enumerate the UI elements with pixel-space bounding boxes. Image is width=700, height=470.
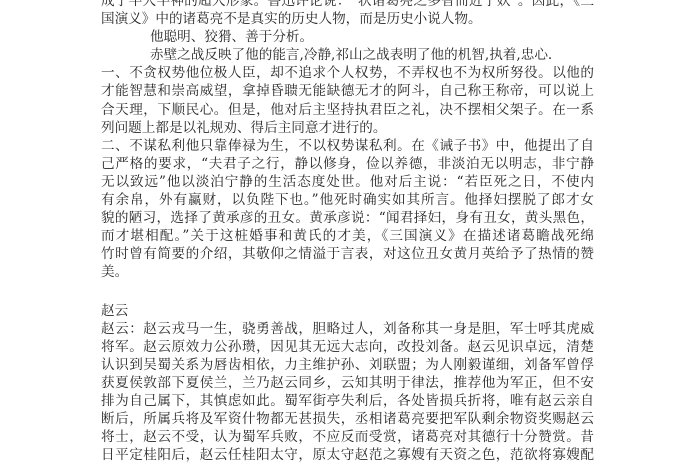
document-page: 成了半人半神的超人形象。鲁迅评论说：“状诸葛亮之多智而近于妖”。因此，《三 国演… — [101, 0, 594, 464]
text-line: 断后，所属兵将及军资什物都无甚损失，丞相诸葛亮要把军队剩余物资奖赐赵云 — [101, 410, 594, 428]
text-line: 排为自己属下，其慎虑如此。蜀军街亭失利后，各处皆损兵折将，唯有赵云亲自 — [101, 392, 594, 410]
text-line: 貌的陋习，选择了黄承彦的丑女。黄承彦说：“闻君择妇，身有丑女，黄头黑色， — [101, 209, 594, 227]
section-zhuge-liang: 成了半人半神的超人形象。鲁迅评论说：“状诸葛亮之多智而近于妖”。因此，《三 国演… — [101, 0, 594, 282]
text-line: 合天理，下顺民心。但是，他对后主坚持执君臣之礼，决不摆相父架子。在一系 — [101, 101, 594, 119]
text-line: 而才堪相配。”关于这桩婚事和黄氏的才美，《三国演义》在描述诸葛瞻战死绵 — [101, 227, 594, 245]
text-line: 美。 — [101, 263, 594, 281]
section-zhao-yun: 赵云 赵云：赵云戎马一生，骁勇善战，胆略过人，刘备称其一身是胆，军士呼其虎威 将… — [101, 302, 594, 465]
text-line: 获夏侯敦部下夏侯兰，兰乃赵云同乡，云知其明于律法，推荐他为军正，但不安 — [101, 374, 594, 392]
text-line: 无以致远”他以淡泊宁静的生活态度处世。他对后主说：“若臣死之日，不使内 — [101, 173, 594, 191]
text-line: 赤壁之战反映了他的能言,冷静,祁山之战表明了他的机智,执着,忠心. — [101, 46, 594, 64]
text-line: 他聪明、狡猾、善于分析。 — [101, 28, 594, 46]
text-line: 二、不谋私利他只靠俸禄为生，不以权势谋私利。在《诫子书》中，他提出了自 — [101, 137, 594, 155]
text-line: 一、不贪权势他位极人臣，却不追求个人权势，不弄权也不为权所努役。以他的 — [101, 64, 594, 82]
text-line: 将军。赵云原效力公孙瓒，因见其无远大志向，改投刘备。赵云见识卓远，清楚 — [101, 338, 594, 356]
text-line: 赵云：赵云戎马一生，骁勇善战，胆略过人，刘备称其一身是胆，军士呼其虎威 — [101, 320, 594, 338]
section-heading: 赵云 — [101, 302, 594, 320]
text-line: 己严格的要求，“夫君子之行，静以修身，俭以养德，非淡泊无以明志，非宁静 — [101, 155, 594, 173]
text-line: 将士，赵云不受，认为蜀军兵败，不应反而受赏，诸葛亮对其德行十分赞赏。昔 — [101, 428, 594, 446]
text-line: 竹时曾有简要的介绍，其敬仰之情溢于言表，对这位丑女黄月英给予了热情的赞 — [101, 245, 594, 263]
text-line: 国演义》中的诸葛亮不是真实的历史人物，而是历史小说人物。 — [101, 10, 594, 28]
text-line: 成了半人半神的超人形象。鲁迅评论说：“状诸葛亮之多智而近于妖”。因此，《三 — [101, 0, 594, 10]
text-line: 才能智慧和崇高威望，拿掉昏聩无能缺德无才的阿斗，自己称王称帝，可以说上 — [101, 82, 594, 100]
text-line: 认识到吴蜀关系为唇齿相依，力主维护孙、刘联盟；为人刚毅谨细，刘备军曾俘 — [101, 356, 594, 374]
text-line: 有余帛，外有赢财，以负陛下也。”他死时确实如其所言。他择妇摆脱了郎才女 — [101, 191, 594, 209]
text-line: 日平定桂阳后，赵云任桂阳太守，原太守赵范之寡嫂有天资之色，范欲将寡嫂配 — [101, 446, 594, 464]
text-line: 列问题上都是以礼规劝、得后主同意才进行的。 — [101, 119, 594, 137]
